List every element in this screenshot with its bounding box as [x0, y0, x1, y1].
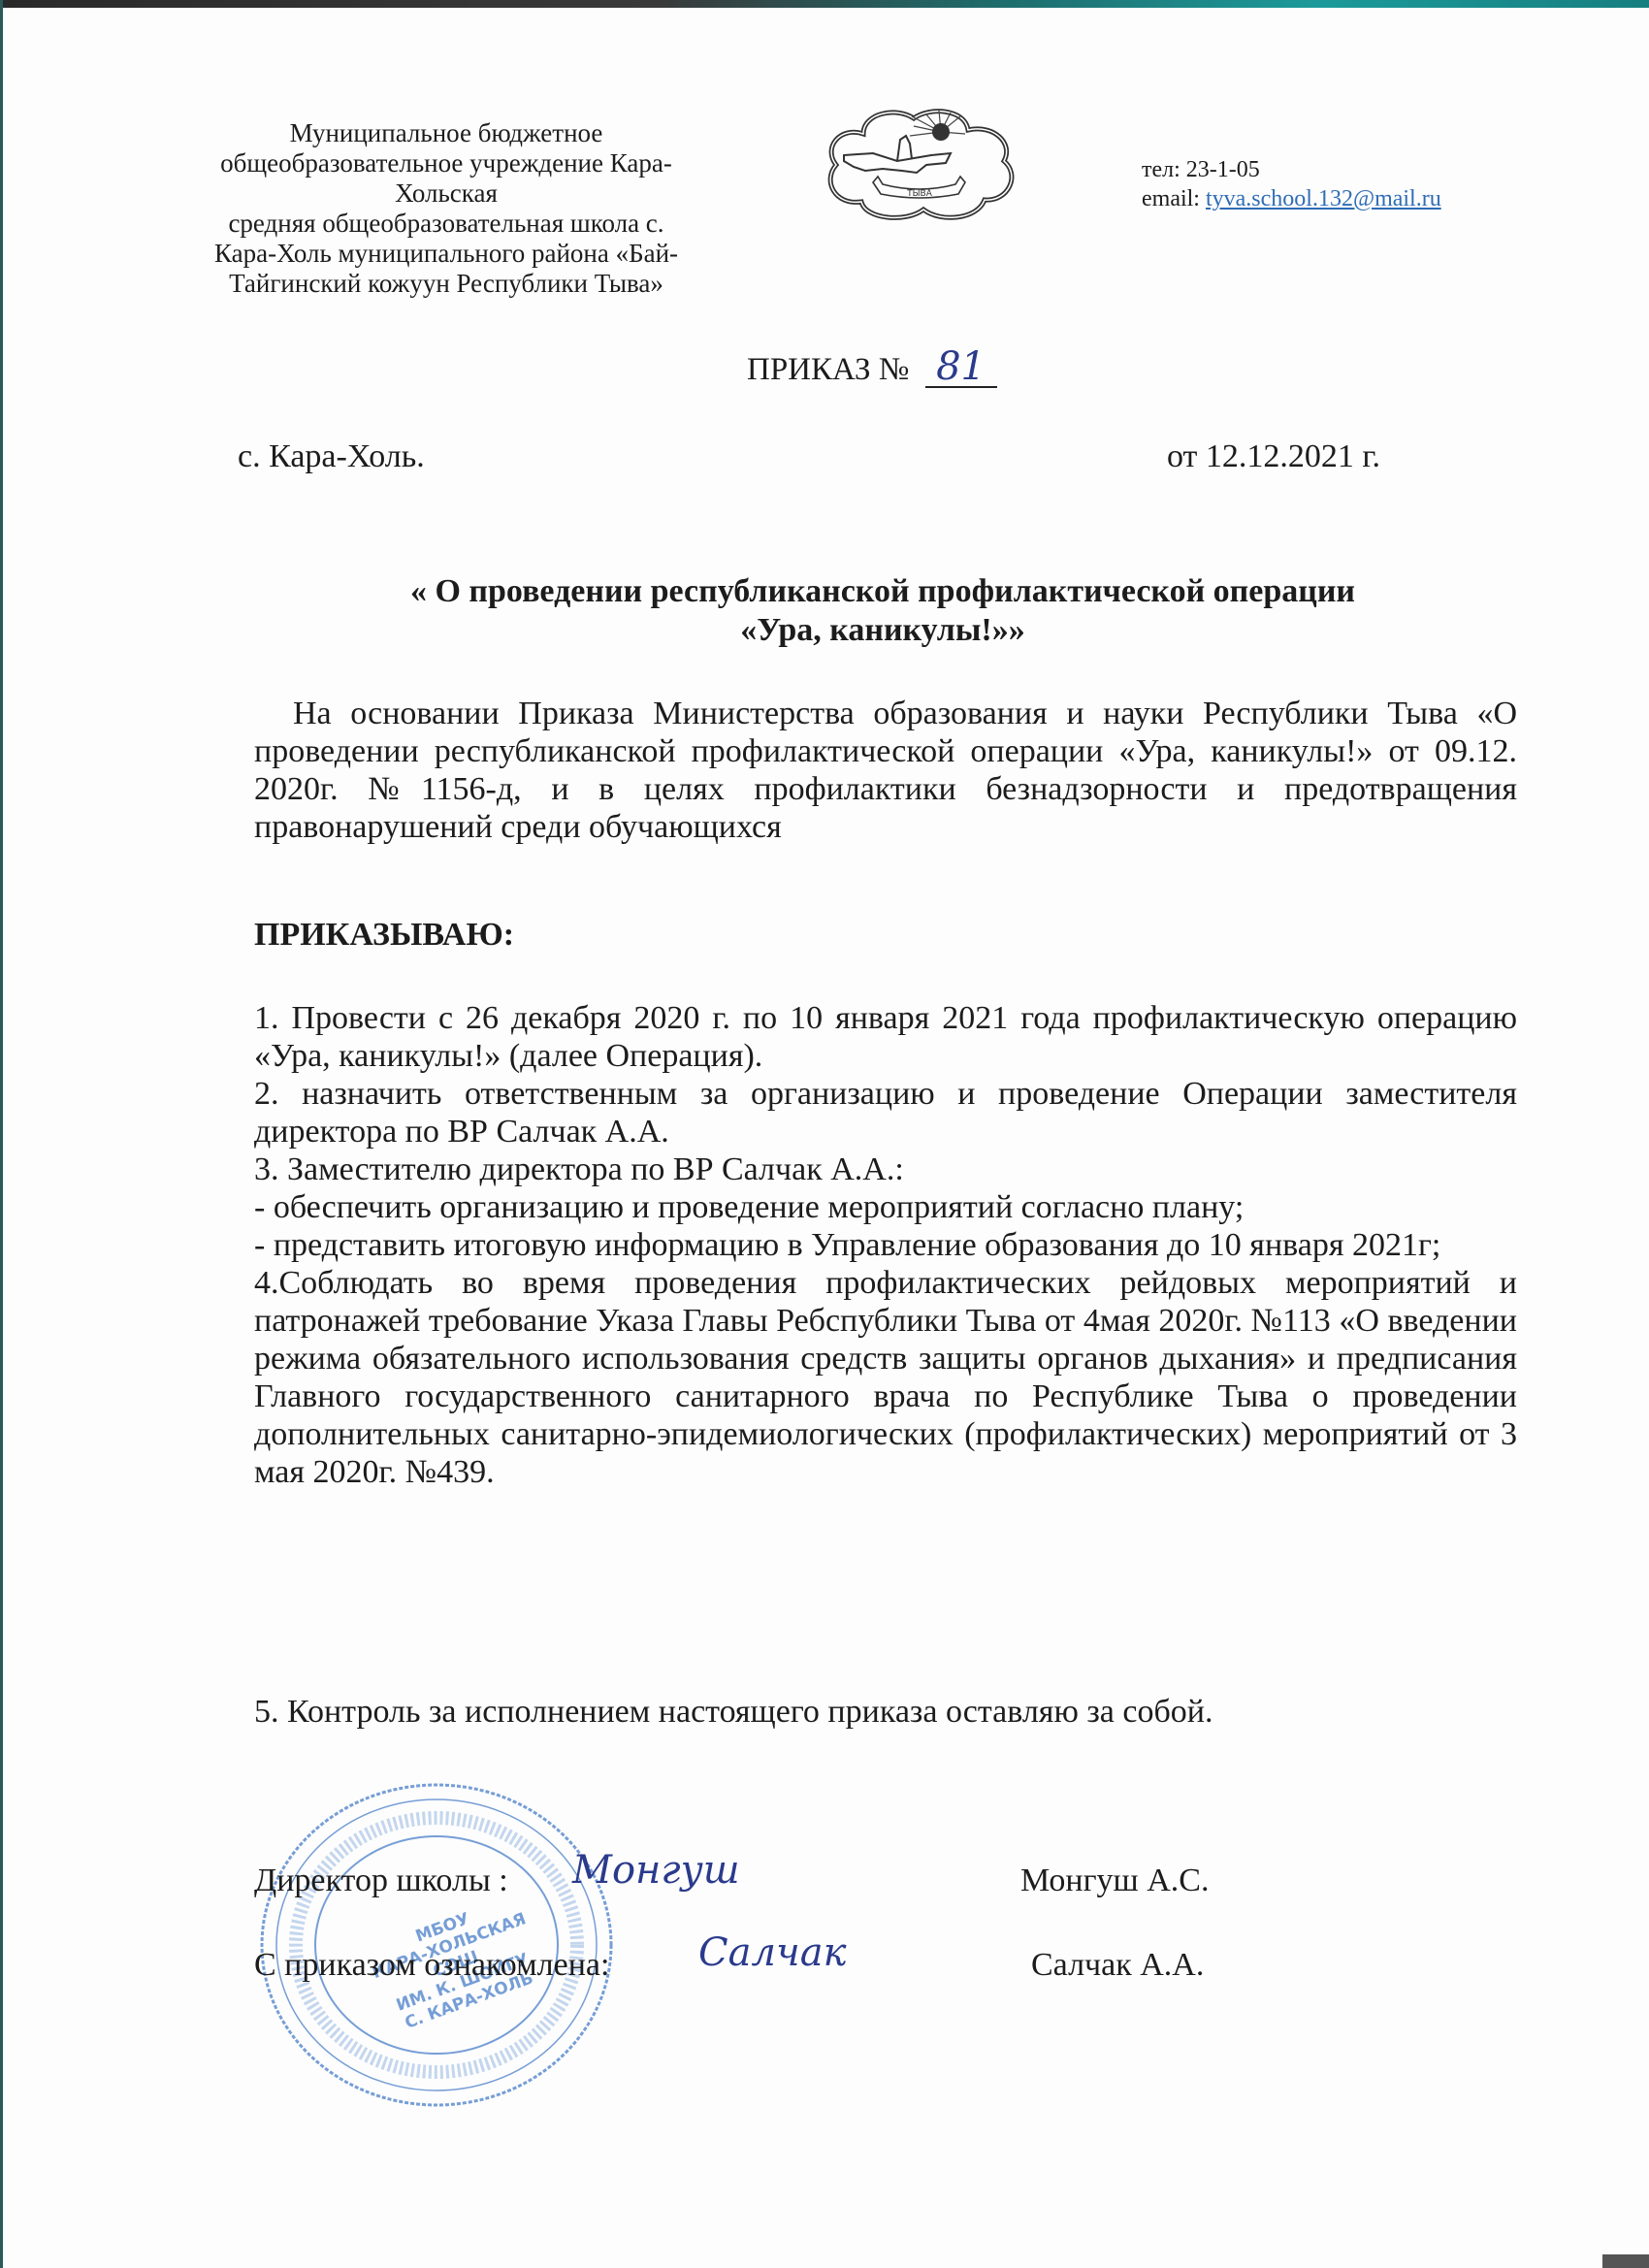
org-line: Кара-Холь муниципального района «Бай- [194, 239, 698, 269]
email-label: email: [1142, 186, 1206, 211]
org-line: Хольская [194, 178, 698, 209]
scan-edge-top [0, 0, 1649, 8]
order-item: - обеспечить организацию и проведение ме… [254, 1188, 1517, 1226]
acquainted-label: С приказом ознакомлена: [254, 1947, 609, 1984]
order-item: 1. Провести с 26 декабря 2020 г. по 10 я… [254, 999, 1517, 1075]
tuva-emblem-icon: ТЫВА [805, 105, 1036, 221]
order-item: 3. Заместителю директора по ВР Салчак А.… [254, 1150, 1517, 1188]
acquainted-signature: Салчак [698, 1930, 847, 1975]
official-stamp: МБОУ КАРА-ХОЛЬСКАЯ СОШ ИМ. К. ШОЙГУ С. К… [257, 1780, 616, 2110]
order-item: 4.Соблюдать во время проведения профилак… [254, 1264, 1517, 1491]
order-heading: « О проведении республиканской профилакт… [233, 572, 1533, 650]
order-number: 81 [925, 347, 997, 388]
command-heading: ПРИКАЗЫВАЮ: [254, 917, 514, 954]
order-place: с. Кара-Холь. [238, 438, 425, 475]
heading-line: « О проведении республиканской профилакт… [233, 572, 1533, 611]
director-name: Монгуш А.С. [1020, 1863, 1209, 1899]
order-item: - представить итоговую информацию в Упра… [254, 1226, 1517, 1264]
organization-name: Муниципальное бюджетное общеобразователь… [194, 118, 698, 299]
order-date: от 12.12.2021 г. [1167, 438, 1380, 475]
director-signature: Монгуш [572, 1848, 740, 1893]
org-line: Муниципальное бюджетное [194, 118, 698, 148]
acquainted-name: Салчак А.А. [1031, 1947, 1204, 1984]
svg-text:ТЫВА: ТЫВА [906, 189, 933, 199]
order-item-control: 5. Контроль за исполнением настоящего пр… [254, 1694, 1212, 1731]
scan-edge-left [0, 0, 3, 2268]
org-line: общеобразовательное учреждение Кара- [194, 148, 698, 178]
heading-line: «Ура, каникулы!»» [233, 611, 1533, 650]
intro-paragraph: На основании Приказа Министерства образо… [254, 695, 1517, 846]
order-title: ПРИКАЗ № 81 [747, 347, 997, 388]
director-label: Директор школы : [254, 1863, 508, 1899]
org-line: средняя общеобразовательная школа с. [194, 209, 698, 239]
email-row: email: tyva.school.132@mail.ru [1142, 184, 1441, 213]
scan-corner [1602, 2254, 1649, 2268]
order-items: 1. Провести с 26 декабря 2020 г. по 10 я… [254, 999, 1517, 1491]
org-line: Тайгинский кожуун Республики Тыва» [194, 269, 698, 299]
order-item: 2. назначить ответственным за организаци… [254, 1075, 1517, 1150]
email-link[interactable]: tyva.school.132@mail.ru [1206, 186, 1441, 211]
phone: тел: 23-1-05 [1142, 155, 1441, 184]
order-title-label: ПРИКАЗ № [747, 352, 909, 387]
contacts: тел: 23-1-05 email: tyva.school.132@mail… [1142, 155, 1441, 213]
